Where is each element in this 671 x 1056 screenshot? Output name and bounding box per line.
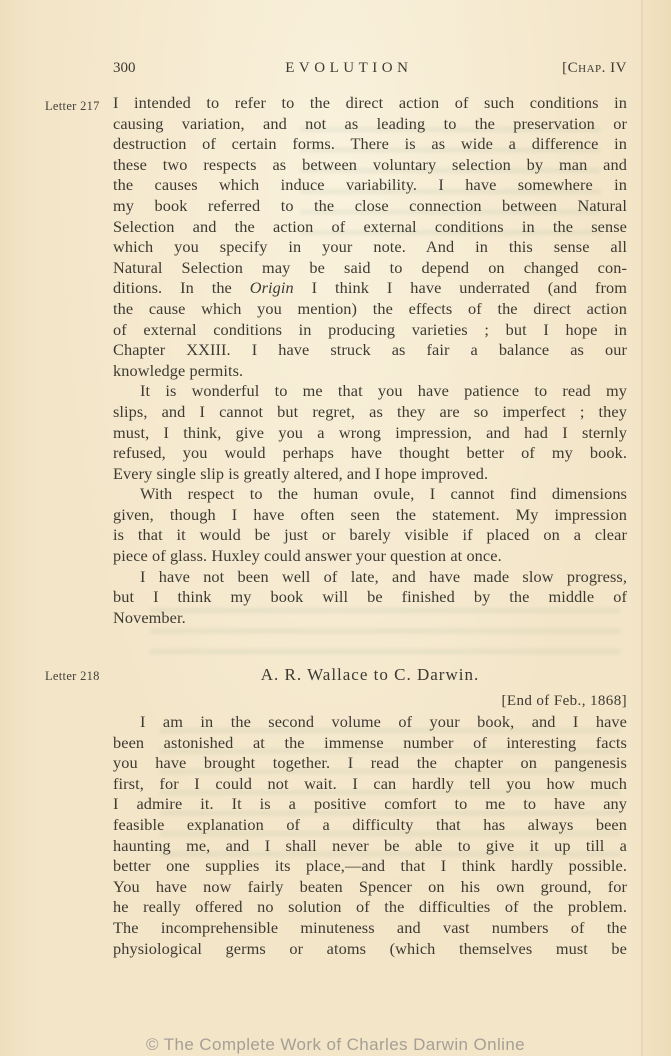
chapter-label: [Chap. IV [562, 60, 627, 77]
text-line: feasible explanation of a difficulty tha… [113, 815, 627, 836]
text-line: haunting me, and I shall never be able t… [113, 836, 627, 857]
text-line-with-italic: ditions. In the Origin I think I have un… [113, 278, 627, 299]
watermark: © The Complete Work of Charles Darwin On… [0, 1035, 671, 1055]
letter-218-date: [End of Feb., 1868] [113, 691, 627, 711]
text-line: With respect to the human ovule, I canno… [113, 484, 627, 505]
text-line: knowledge permits. [113, 361, 627, 382]
text-line: which you specify in your note. And in t… [113, 237, 627, 258]
text-line: I have not been well of late, and have m… [113, 567, 627, 588]
text-line: causing variation, and not as leading to… [113, 114, 627, 135]
text-line: You have now fairly beaten Spencer on hi… [113, 877, 627, 898]
text-line: given, though I have often seen the stat… [113, 505, 627, 526]
letter-217-body: I intended to refer to the direct action… [113, 93, 627, 628]
text-line: is that it would be just or barely visib… [113, 525, 627, 546]
text-line: The incomprehensible minuteness and vast… [113, 918, 627, 939]
text-line: November. [113, 608, 627, 629]
page-header: 300 EVOLUTION [Chap. IV [113, 60, 627, 77]
letter-218-body: I am in the second volume of your book, … [113, 712, 627, 959]
text-line: Natural Selection may be said to depend … [113, 258, 627, 279]
text-line: Selection and the action of external con… [113, 217, 627, 238]
text-line: my book referred to the close connection… [113, 196, 627, 217]
book-page: 300 EVOLUTION [Chap. IV Letter 217 Lette… [0, 0, 671, 1056]
text-line: he really offered no solution of the dif… [113, 897, 627, 918]
text-line: the causes which induce variability. I h… [113, 175, 627, 196]
margin-note-letter-218: Letter 218 [45, 669, 100, 684]
text-line: the cause which you mention) the effects… [113, 299, 627, 320]
text-line: of external conditions in producing vari… [113, 320, 627, 341]
text-line: must, I think, give you a wrong impressi… [113, 423, 627, 444]
text-line: slips, and I cannot but regret, as they … [113, 402, 627, 423]
text-line: you have brought together. I read the ch… [113, 753, 627, 774]
text-line: destruction of certain forms. There is a… [113, 134, 627, 155]
margin-note-letter-217: Letter 217 [45, 99, 100, 114]
text-line: I admire it. It is a positive comfort to… [113, 794, 627, 815]
text-line: I intended to refer to the direct action… [113, 93, 627, 114]
text-line: piece of glass. Huxley could answer your… [113, 546, 627, 567]
text-line: these two respects as between voluntary … [113, 155, 627, 176]
text-line: I am in the second volume of your book, … [113, 712, 627, 733]
scan-artifact-line [641, 0, 643, 1056]
text-segment: I think I have underrated (and from [312, 278, 627, 297]
text-line: It is wonderful to me that you have pati… [113, 381, 627, 402]
origin-book-title: Origin [250, 278, 294, 297]
text-line: better one supplies its place,—and that … [113, 856, 627, 877]
text-segment: ditions. In the [113, 278, 232, 297]
running-title: EVOLUTION [285, 60, 412, 77]
letter-218-heading: A. R. Wallace to C. Darwin. [113, 664, 627, 686]
text-line: physiological germs or atoms (which them… [113, 939, 627, 960]
text-line: been astonished at the immense number of… [113, 733, 627, 754]
page-number: 300 [113, 60, 136, 77]
text-line: refused, you would perhaps have thought … [113, 443, 627, 464]
text-line: Chapter XXIII. I have struck as fair a b… [113, 340, 627, 361]
text-line: but I think my book will be finished by … [113, 587, 627, 608]
text-line: Every single slip is greatly altered, an… [113, 464, 627, 485]
text-line: first, for I could not wait. I can hardl… [113, 774, 627, 795]
